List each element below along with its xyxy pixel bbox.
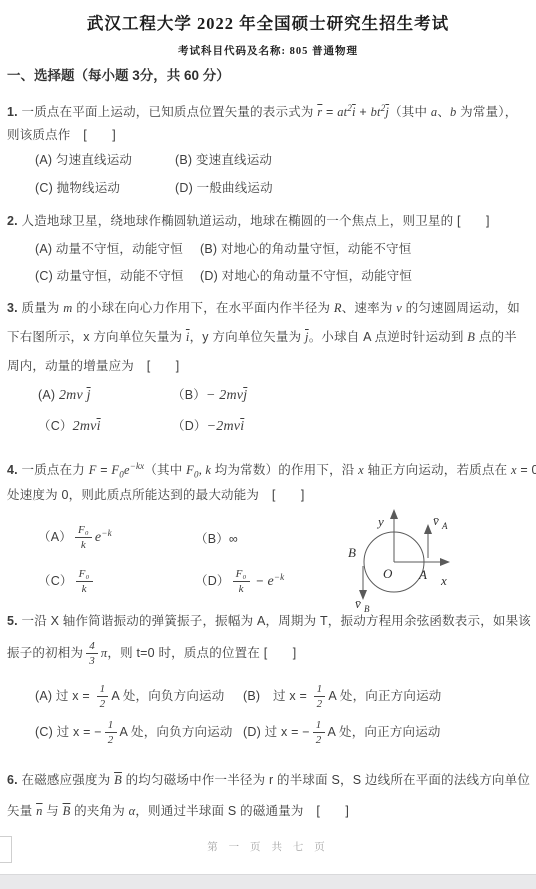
- exam-title: 武汉工程大学 2022 年全国硕士研究生招生考试: [0, 10, 536, 34]
- bottom-bar: [0, 874, 536, 889]
- question-1-option-b: (B) 变速直线运动: [175, 152, 272, 169]
- exam-subtitle: 考试科目代码及名称: 805 普通物理: [0, 43, 536, 58]
- question-3-line-3: 周内，动量的增量应为 [ ]: [7, 358, 179, 375]
- y-axis-label: y: [376, 514, 384, 529]
- question-4-line-2: 处速度为 0，则此质点所能达到的最大动能为 [ ]: [7, 487, 305, 504]
- question-3-option-c: （C）2mvi: [38, 418, 101, 435]
- point-b-label: B: [348, 545, 356, 560]
- origin-label: O: [383, 566, 393, 581]
- question-3-option-d: （D）−2mvi: [172, 418, 244, 435]
- section-title: 一、选择题（每小题 3分，共 60 分）: [7, 64, 230, 84]
- question-3-line-1: 3. 质量为 m 的小球在向心力作用下，在水平面内作半径为 R、速率为 v 的匀…: [7, 300, 520, 317]
- question-5-line-1: 5. 一沿 X 轴作简谐振动的弹簧振子，振幅为 A，周期为 T，振动方程用余弦函…: [7, 613, 531, 630]
- question-5-option-a: (A) 过 x = 12A 处，向负方向运动: [35, 683, 224, 710]
- question-4-line-1: 4. 一质点在力 F = F0e−kx（其中 F0, k 均为常数）的作用下，沿…: [7, 458, 536, 484]
- question-1-option-d: (D) 一般曲线运动: [175, 180, 273, 197]
- question-2-option-a: (A) 动量不守恒，动能守恒: [35, 241, 183, 258]
- question-4-option-a: （A）F₀ke−k: [38, 524, 112, 551]
- x-axis-arrowhead: [440, 558, 450, 566]
- question-3-figure: y x O A B v̄ A v̄ B: [345, 505, 535, 613]
- question-4-option-c: （C）F₀k: [38, 568, 96, 595]
- question-6-line-2: 矢量 n 与 B 的夹角为 α，则通过半球面 S 的磁通量为 [ ]: [7, 803, 349, 820]
- question-5-option-d: (D) 过 x = −12A 处，向正方向运动: [243, 719, 441, 746]
- question-6-line-1: 6. 在磁感应强度为 B 的均匀磁场中作一半径为 r 的半球面 S，S 边线所在…: [7, 772, 530, 789]
- velocity-a-arrowhead: [424, 524, 432, 534]
- question-3-option-a: (A) 2mv j: [38, 387, 91, 404]
- question-4-option-d: （D）F₀k − e−k: [195, 568, 284, 595]
- question-3-option-b: （B）− 2mvj: [172, 387, 247, 404]
- x-axis-label: x: [440, 573, 447, 588]
- question-4-option-b: （B）∞: [195, 531, 238, 548]
- question-2-option-b: (B) 对地心的角动量守恒，动能不守恒: [200, 241, 411, 258]
- question-5-option-c: (C) 过 x = −12A 处，向负方向运动: [35, 719, 233, 746]
- question-1-option-c: (C) 抛物线运动: [35, 180, 120, 197]
- question-5-option-b: (B) 过 x = 12A 处，向正方向运动: [243, 683, 441, 710]
- y-axis-arrowhead: [390, 509, 398, 519]
- velocity-a-label-sub: A: [441, 521, 448, 531]
- velocity-a-label: v̄: [433, 513, 439, 528]
- question-1-line-2: 则该质点作 [ ]: [7, 127, 116, 144]
- question-1-option-a: (A) 匀速直线运动: [35, 152, 132, 169]
- question-2-option-c: (C) 动量守恒，动能不守恒: [35, 268, 184, 285]
- question-3-line-2: 下右图所示，x 方向单位矢量为 i，y 方向单位矢量为 j。小球自 A 点逆时针…: [7, 329, 517, 346]
- question-5-line-2: 振子的初相为43π，则 t=0 时，质点的位置在 [ ]: [7, 640, 296, 667]
- question-2-option-d: (D) 对地心的角动量不守恒，动能守恒: [200, 268, 412, 285]
- point-a-label: A: [418, 567, 427, 582]
- page-number: 第 一 页 共 七 页: [0, 839, 536, 854]
- question-1-line-1: 1. 一质点在平面上运动，已知质点位置矢量的表示式为 r = at2i + bt…: [7, 100, 517, 121]
- velocity-b-label-sub: B: [364, 604, 370, 613]
- question-2-line-1: 2. 人造地球卫星，绕地球作椭圆轨道运动，地球在椭圆的一个焦点上，则卫星的 [ …: [7, 213, 490, 230]
- velocity-b-label: v̄: [355, 596, 361, 611]
- exam-page: 武汉工程大学 2022 年全国硕士研究生招生考试 考试科目代码及名称: 805 …: [0, 0, 536, 889]
